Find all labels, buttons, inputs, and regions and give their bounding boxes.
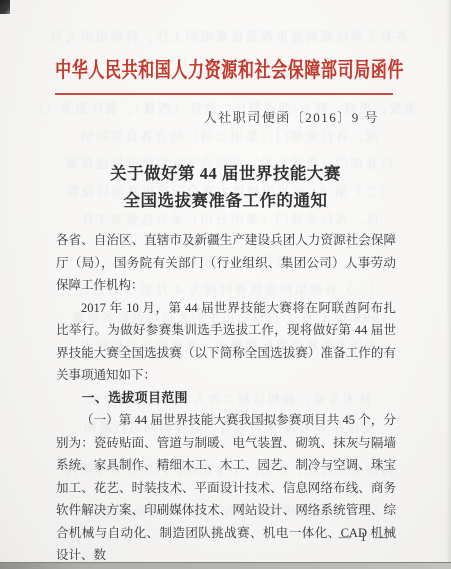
document-title: 关于做好第 44 届世界技能大赛 全国选拔赛准备工作的通知 — [0, 161, 451, 214]
bleedthrough-text: 况，各行业部门（集团公司）结合各自实际情 — [40, 126, 417, 145]
intro-paragraph: 2017 年 10 月，第 44 届世界技能大赛将在阿联酋阿布扎比举行。为做好参… — [56, 297, 396, 387]
recipients-paragraph: 各省、自治区、直辖市及新疆生产建设兵团人力资源社会保障厅（局），国务院有关部门（… — [56, 229, 396, 297]
scanner-bottom-edge — [0, 562, 451, 569]
document-body: 各省、自治区、直辖市及新疆生产建设兵团人力资源社会保障厅（局），国务院有关部门（… — [56, 229, 396, 567]
section-1-heading: 一、选拔项目范围 — [56, 387, 396, 410]
page-right-edge-shadow — [446, 0, 451, 569]
document-number: 人社职司便函〔2016〕9 号 — [204, 107, 379, 126]
letterhead-divider-rule — [55, 93, 393, 95]
page-number: — 1 — — [339, 530, 392, 545]
bleedthrough-text: 各有关单位要高度重视选拔赛组织工作，特别组织人员 — [40, 26, 417, 45]
document-title-line2: 全国选拔赛准备工作的通知 — [0, 188, 451, 215]
document-title-line1: 关于做好第 44 届世界技能大赛 — [0, 161, 451, 188]
scanner-corner-artifact — [0, 0, 10, 14]
scanned-document-page: 各有关单位要高度重视选拔赛组织工作，特别组织人员 美发、美容、糕点/西点制作、烹… — [0, 0, 451, 569]
letterhead-title: 中华人民共和国人力资源和社会保障部司局函件 — [55, 54, 396, 84]
